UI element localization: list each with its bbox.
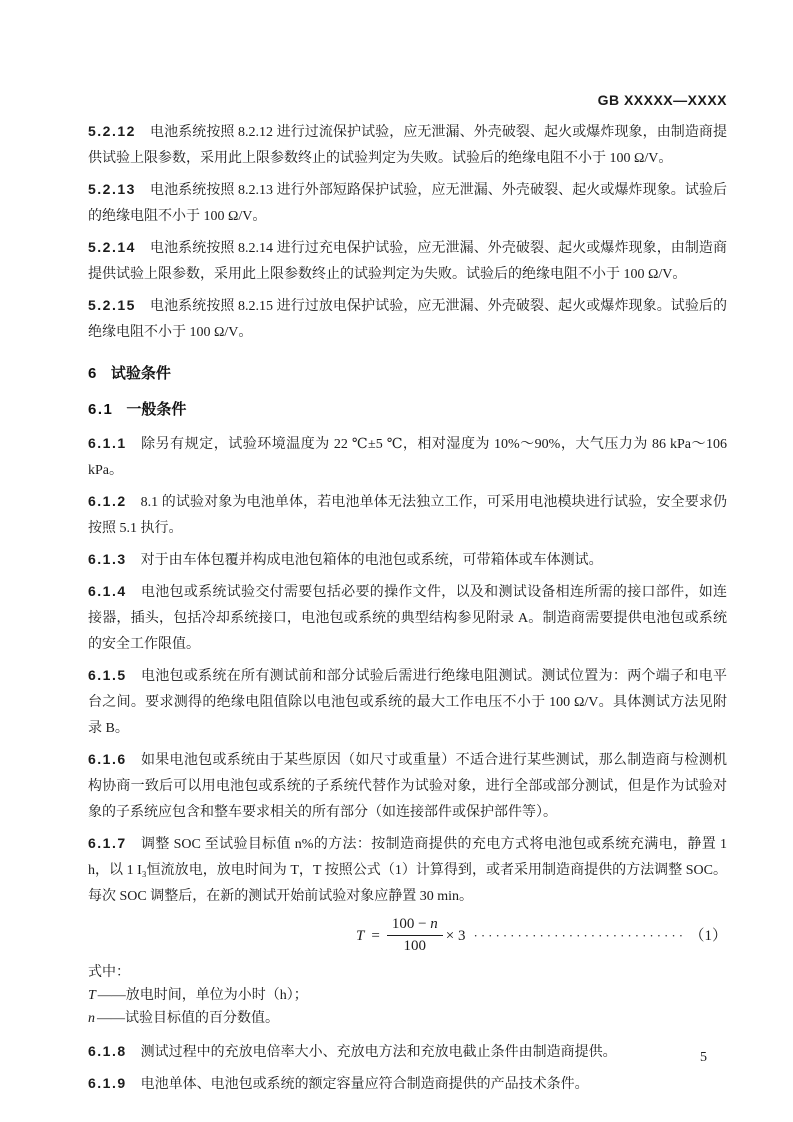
clause-text: 电池系统按照 8.2.15 进行过放电保护试验，应无泄漏、外壳破裂、起火或爆炸现…: [88, 299, 727, 340]
symbol-description: ——试验目标值的百分数值。: [97, 1011, 279, 1026]
section-6-heading: 6试验条件: [88, 364, 727, 384]
clause-text: 电池系统按照 8.2.14 进行过充电保护试验，应无泄漏、外壳破裂、起火或爆炸现…: [88, 241, 727, 282]
dot-leader: ········································…: [474, 926, 686, 946]
clause-text: 电池系统按照 8.2.13 进行外部短路保护试验，应无泄漏、外壳破裂、起火或爆炸…: [88, 183, 727, 224]
clause-text: 调整 SOC 至试验目标值 n%的方法：按制造商提供的充电方式将电池包或系统充满…: [88, 837, 727, 904]
symbol-T: T: [88, 988, 96, 1003]
clause-number: 6.1.6: [88, 751, 127, 767]
where-intro: 式中：: [88, 961, 727, 984]
clause-text: 对于由车体包覆并构成电池包箱体的电池包或系统，可带箱体或车体测试。: [141, 553, 603, 568]
clause-6-1-3: 6.1.3对于由车体包覆并构成电池包箱体的电池包或系统，可带箱体或车体测试。: [88, 546, 727, 574]
clause-6-1-5: 6.1.5电池包或系统在所有测试前和部分试验后需进行绝缘电阻测试。测试位置为：两…: [88, 662, 727, 742]
clause-number: 5.2.13: [88, 181, 136, 197]
equals-sign: =: [371, 926, 379, 946]
clause-text: 如果电池包或系统由于某些原因（如尺寸或重量）不适合进行某些测试，那么制造商与检测…: [88, 753, 727, 820]
clause-text: 电池包或系统试验交付需要包括必要的操作文件，以及和测试设备相连所需的接口部件，如…: [88, 585, 727, 652]
formula-variable-T: T: [356, 926, 364, 946]
document-header: GB XXXXX—XXXX: [88, 92, 727, 108]
clause-text: 电池单体、电池包或系统的额定容量应符合制造商提供的产品技术条件。: [141, 1077, 589, 1092]
section-title: 试验条件: [111, 365, 171, 382]
section-6-1-heading: 6.1一般条件: [88, 400, 727, 420]
section-title: 一般条件: [126, 401, 186, 418]
formula-multiplier: × 3: [446, 926, 466, 946]
section-number: 6.1: [88, 401, 113, 418]
clause-5-2-15: 5.2.15电池系统按照 8.2.15 进行过放电保护试验，应无泄漏、外壳破裂、…: [88, 292, 727, 346]
clause-number: 6.1.5: [88, 667, 127, 683]
clause-text: 电池包或系统在所有测试前和部分试验后需进行绝缘电阻测试。测试位置为：两个端子和电…: [88, 669, 727, 736]
clause-6-1-4: 6.1.4电池包或系统试验交付需要包括必要的操作文件，以及和测试设备相连所需的接…: [88, 578, 727, 658]
clause-number: 5.2.15: [88, 297, 136, 313]
section-number: 6: [88, 365, 98, 382]
clause-6-1-1: 6.1.1除另有规定，试验环境温度为 22 ℃±5 ℃，相对湿度为 10%～90…: [88, 430, 727, 484]
numerator-constant: 100 −: [392, 916, 430, 932]
clause-text: 电池系统按照 8.2.12 进行过流保护试验，应无泄漏、外壳破裂、起火或爆炸现象…: [88, 125, 727, 166]
clause-number: 6.1.9: [88, 1075, 127, 1091]
symbol-description: ——放电时间，单位为小时（h）；: [98, 988, 308, 1003]
formula-legend: 式中： T——放电时间，单位为小时（h）； n——试验目标值的百分数值。: [88, 961, 727, 1030]
fraction-denominator: 100: [404, 936, 427, 955]
clause-5-2-12: 5.2.12电池系统按照 8.2.12 进行过流保护试验，应无泄漏、外壳破裂、起…: [88, 118, 727, 172]
doc-code: GB XXXXX—XXXX: [598, 92, 727, 108]
clause-6-1-8: 6.1.8测试过程中的充放电倍率大小、充放电方法和充放电截止条件由制造商提供。: [88, 1038, 727, 1066]
clause-6-1-2: 6.1.28.1 的试验对象为电池单体，若电池单体无法独立工作，可采用电池模块进…: [88, 488, 727, 542]
clause-5-2-13: 5.2.13电池系统按照 8.2.13 进行外部短路保护试验，应无泄漏、外壳破裂…: [88, 176, 727, 230]
formula-fraction: 100 − n 100: [387, 916, 443, 955]
formula-1: T = 100 − n 100 × 3 ····················…: [88, 916, 727, 955]
clause-text: 8.1 的试验对象为电池单体，若电池单体无法独立工作，可采用电池模块进行试验，安…: [88, 495, 727, 536]
symbol-n: n: [88, 1011, 95, 1026]
clause-number: 6.1.2: [88, 493, 127, 509]
where-item-n: n——试验目标值的百分数值。: [88, 1007, 727, 1030]
clause-text: 除另有规定，试验环境温度为 22 ℃±5 ℃，相对湿度为 10%～90%，大气压…: [88, 437, 727, 478]
clause-number: 5.2.14: [88, 239, 136, 255]
clause-text: 测试过程中的充放电倍率大小、充放电方法和充放电截止条件由制造商提供。: [141, 1045, 617, 1060]
clause-6-1-9: 6.1.9电池单体、电池包或系统的额定容量应符合制造商提供的产品技术条件。: [88, 1070, 727, 1098]
clause-5-2-14: 5.2.14电池系统按照 8.2.14 进行过充电保护试验，应无泄漏、外壳破裂、…: [88, 234, 727, 288]
page-number: 5: [700, 1050, 707, 1066]
where-item-T: T——放电时间，单位为小时（h）；: [88, 984, 727, 1007]
fraction-numerator: 100 − n: [387, 916, 443, 936]
clause-number: 5.2.12: [88, 123, 136, 139]
clause-number: 6.1.4: [88, 583, 127, 599]
clause-number: 6.1.3: [88, 551, 127, 567]
clause-6-1-7: 6.1.7调整 SOC 至试验目标值 n%的方法：按制造商提供的充电方式将电池包…: [88, 830, 727, 910]
clause-number: 6.1.7: [88, 835, 127, 851]
document-page: GB XXXXX—XXXX 5.2.12电池系统按照 8.2.12 进行过流保护…: [0, 0, 793, 1122]
clause-6-1-6: 6.1.6如果电池包或系统由于某些原因（如尺寸或重量）不适合进行某些测试，那么制…: [88, 746, 727, 826]
formula-variable-n: n: [430, 916, 438, 932]
formula-number-label: （1）: [689, 926, 727, 946]
clause-number: 6.1.8: [88, 1043, 127, 1059]
clause-number: 6.1.1: [88, 435, 127, 451]
